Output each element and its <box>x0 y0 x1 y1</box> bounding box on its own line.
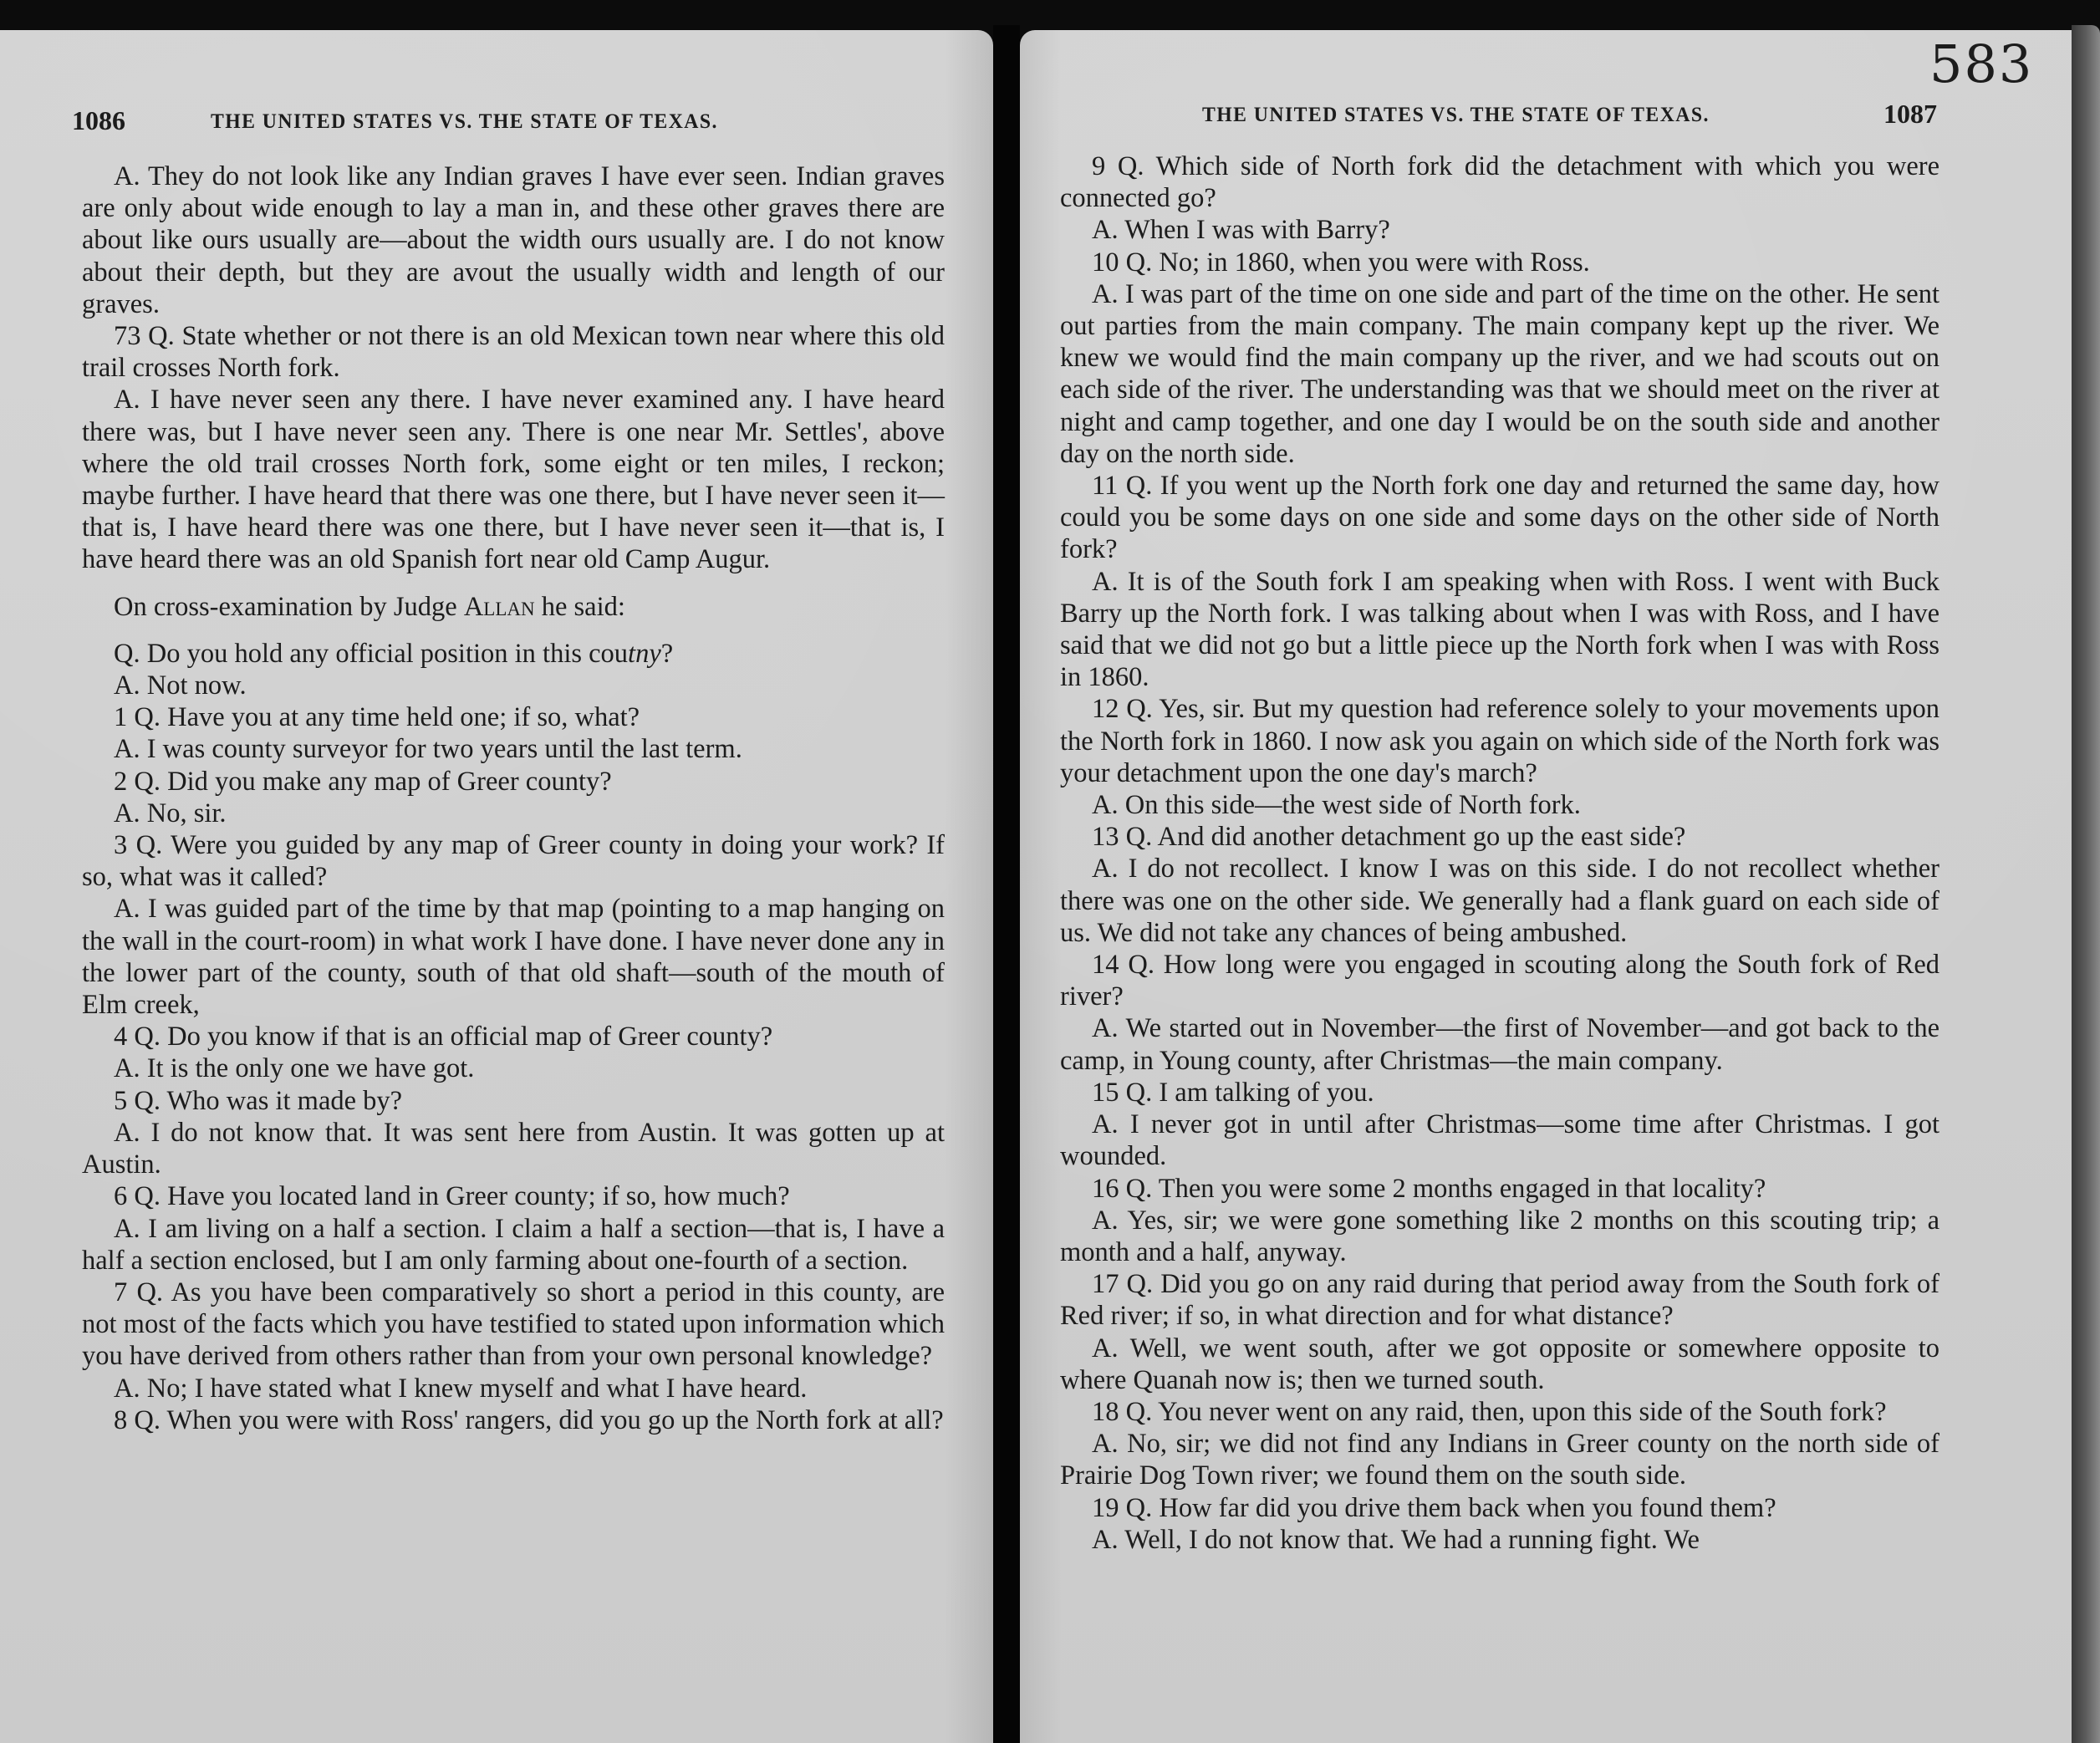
paragraph: A. I have never seen any there. I have n… <box>82 384 945 575</box>
paragraph: 1 Q. Have you at any time held one; if s… <box>82 701 945 733</box>
paragraph: 18 Q. You never went on any raid, then, … <box>1060 1396 1939 1428</box>
paragraph: A. Not now. <box>82 670 945 701</box>
right-page-number: 1087 <box>1883 99 1937 130</box>
left-running-head: THE UNITED STATES VS. THE STATE OF TEXAS… <box>211 110 718 134</box>
paragraph: 5 Q. Who was it made by? <box>82 1085 945 1117</box>
paragraph: A. I was county surveyor for two years u… <box>82 733 945 765</box>
paragraph: A. I do not know that. It was sent here … <box>82 1117 945 1180</box>
paragraph: 13 Q. And did another detachment go up t… <box>1060 821 1939 853</box>
judge-name: Allan <box>464 592 535 622</box>
paragraph: A. No, sir. <box>82 798 945 829</box>
paragraph: 9 Q. Which side of North fork did the de… <box>1060 150 1939 214</box>
question-mark: ? <box>661 639 673 669</box>
paragraph: Q. Do you hold any official position in … <box>82 638 945 670</box>
heading-text: he said: <box>535 592 625 622</box>
paragraph: A. No; I have stated what I knew myself … <box>82 1373 945 1404</box>
paragraph: A. I never got in until after Christmas—… <box>1060 1108 1939 1172</box>
paragraph: 4 Q. Do you know if that is an official … <box>82 1021 945 1052</box>
paragraph: 19 Q. How far did you drive them back wh… <box>1060 1492 1939 1524</box>
paragraph: A. Well, I do not know that. We had a ru… <box>1060 1524 1939 1556</box>
paragraph: A. I am living on a half a section. I cl… <box>82 1213 945 1277</box>
paragraph: 15 Q. I am talking of you. <box>1060 1077 1939 1108</box>
paragraph: A. We started out in November—the first … <box>1060 1012 1939 1076</box>
stamp-number: 583 <box>1929 33 2033 94</box>
paragraph: 17 Q. Did you go on any raid during that… <box>1060 1268 1939 1332</box>
left-page-text: A. They do not look like any Indian grav… <box>82 161 945 1436</box>
paragraph: A. On this side—the west side of North f… <box>1060 789 1939 821</box>
book-spine <box>993 25 1020 1743</box>
paragraph: 8 Q. When you were with Ross' rangers, d… <box>82 1404 945 1436</box>
paragraph: 12 Q. Yes, sir. But my question had refe… <box>1060 693 1939 789</box>
paragraph: 10 Q. No; in 1860, when you were with Ro… <box>1060 247 1939 278</box>
paragraph: A. They do not look like any Indian grav… <box>82 161 945 320</box>
paragraph: 3 Q. Were you guided by any map of Greer… <box>82 829 945 893</box>
paragraph: 6 Q. Have you located land in Greer coun… <box>82 1180 945 1212</box>
paragraph: A. Well, we went south, after we got opp… <box>1060 1333 1939 1396</box>
page-edge <box>2072 25 2100 1743</box>
paragraph: 11 Q. If you went up the North fork one … <box>1060 470 1939 566</box>
heading-text: On cross-examination by Judge <box>114 592 464 622</box>
paragraph: 2 Q. Did you make any map of Greer count… <box>82 766 945 798</box>
left-page-number: 1086 <box>72 105 125 136</box>
paragraph: A. I do not recollect. I know I was on t… <box>1060 853 1939 949</box>
italic-correction: tny <box>628 639 661 669</box>
paragraph: A. No, sir; we did not find any Indians … <box>1060 1428 1939 1491</box>
paragraph: A. It is of the South fork I am speaking… <box>1060 566 1939 694</box>
paragraph: 14 Q. How long were you engaged in scout… <box>1060 949 1939 1012</box>
paragraph: A. It is the only one we have got. <box>82 1052 945 1084</box>
paragraph: A. When I was with Barry? <box>1060 214 1939 246</box>
right-page-text: 9 Q. Which side of North fork did the de… <box>1060 150 1939 1556</box>
cross-examination-heading: On cross-examination by Judge Allan he s… <box>82 591 945 623</box>
paragraph: A. I was guided part of the time by that… <box>82 893 945 1021</box>
right-running-head: THE UNITED STATES VS. THE STATE OF TEXAS… <box>1202 104 1710 127</box>
paragraph: 73 Q. State whether or not there is an o… <box>82 320 945 384</box>
paragraph: 16 Q. Then you were some 2 months engage… <box>1060 1173 1939 1205</box>
paragraph: A. Yes, sir; we were gone something like… <box>1060 1205 1939 1268</box>
question-text: Q. Do you hold any official position in … <box>114 639 628 669</box>
paragraph: A. I was part of the time on one side an… <box>1060 278 1939 470</box>
paragraph: 7 Q. As you have been comparatively so s… <box>82 1277 945 1373</box>
